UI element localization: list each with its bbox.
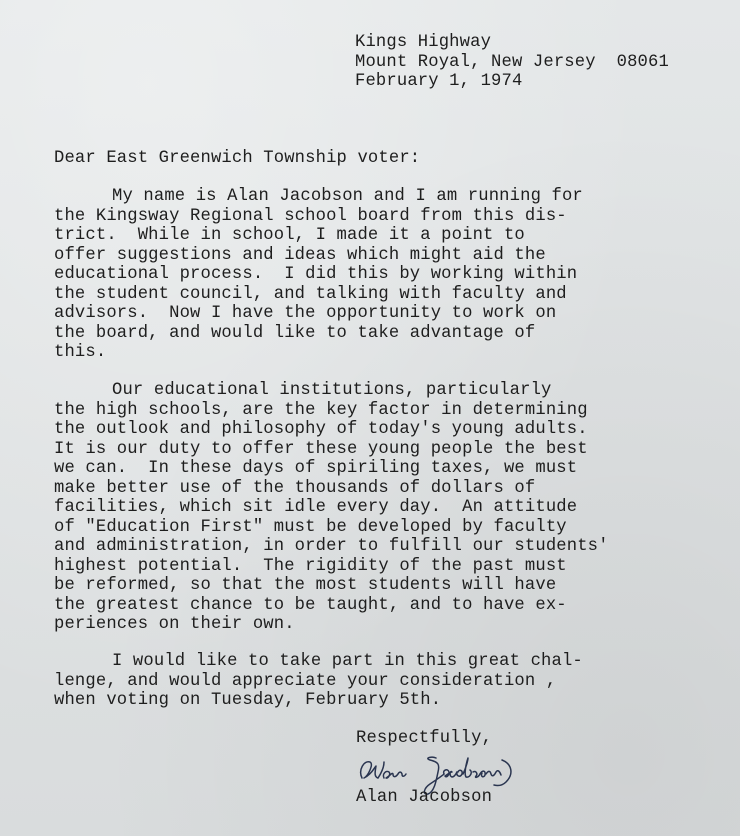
paragraph-line: this. (54, 343, 106, 363)
paragraph-line: the board, and would like to take advant… (54, 324, 535, 344)
salutation: Dear East Greenwich Township voter: (54, 149, 420, 169)
paragraph-line: educational process. I did this by worki… (54, 265, 577, 285)
paragraph-line: facilities, which sit idle every day. An… (54, 498, 577, 518)
paragraph-line: advisors. Now I have the opportunity to … (54, 304, 556, 324)
paragraph-line: lenge, and would appreciate your conside… (54, 672, 556, 692)
paragraph-line: the student council, and talking with fa… (54, 285, 567, 305)
paragraph-line: highest potential. The rigidity of the p… (54, 557, 567, 577)
paragraph-line: I would like to take part in this great … (112, 652, 583, 672)
paragraph-line: the greatest chance to be taught, and to… (54, 596, 567, 616)
paragraph-line: be reformed, so that the most students w… (54, 576, 556, 596)
paragraph-line: the outlook and philosophy of today's yo… (54, 420, 588, 440)
address-city-state-zip: Mount Royal, New Jersey 08061 (355, 53, 669, 73)
letter-date: February 1, 1974 (355, 72, 522, 92)
signer-name: Alan Jacobson (356, 788, 492, 808)
paragraph-line: the Kingsway Regional school board from … (54, 207, 567, 227)
paragraph-line: the high schools, are the key factor in … (54, 401, 588, 421)
paragraph-line: of "Education First" must be developed b… (54, 518, 567, 538)
paragraph-line: and administration, in order to fulfill … (54, 537, 609, 557)
paragraph-line: periences on their own. (54, 615, 295, 635)
letter-page: Kings Highway Mount Royal, New Jersey 08… (0, 0, 740, 836)
paragraph-line: It is our duty to offer these young peop… (54, 440, 588, 460)
paragraph-line: My name is Alan Jacobson and I am runnin… (112, 187, 583, 207)
closing: Respectfully, (356, 729, 492, 749)
paragraph-line: when voting on Tuesday, February 5th. (54, 691, 441, 711)
paragraph-line: offer suggestions and ideas which might … (54, 246, 546, 266)
paragraph-line: we can. In these days of spiriling taxes… (54, 459, 577, 479)
paragraph-line: make better use of the thousands of doll… (54, 479, 535, 499)
paragraph-line: Our educational institutions, particular… (112, 381, 552, 401)
paragraph-line: trict. While in school, I made it a poin… (54, 226, 525, 246)
address-street: Kings Highway (355, 33, 491, 53)
